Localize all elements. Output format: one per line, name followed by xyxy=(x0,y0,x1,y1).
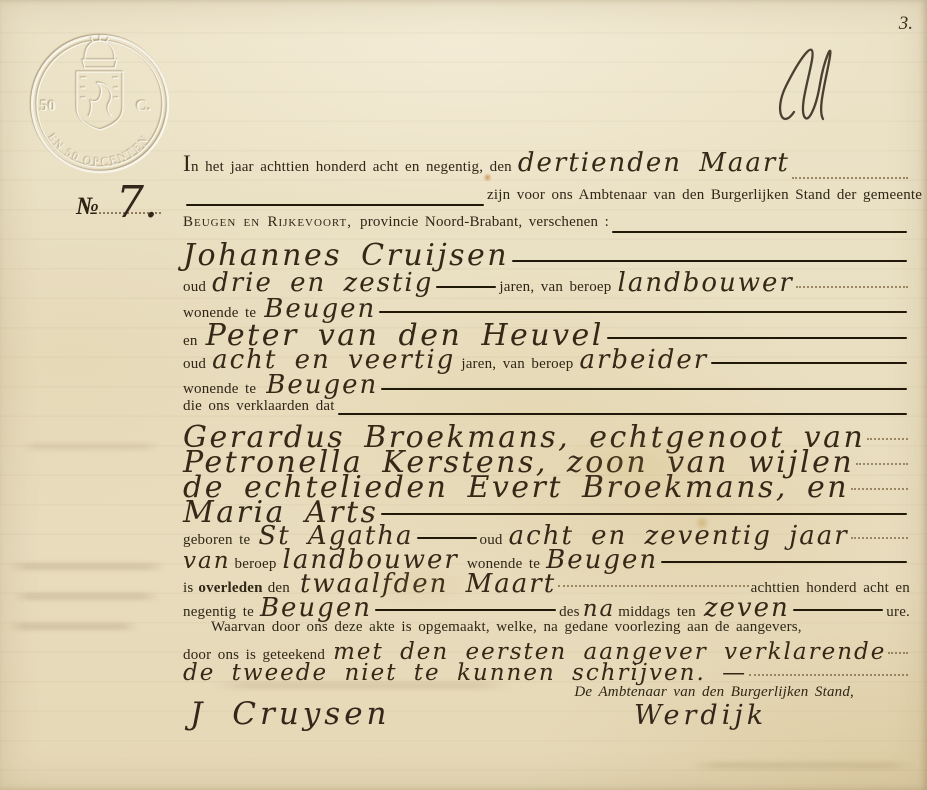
printed-text: Waarvan door ons deze akte is opgemaakt,… xyxy=(183,619,802,636)
printed-text: provincie Noord-Brabant, verschenen : xyxy=(360,214,609,231)
printed-text: geboren te xyxy=(183,532,250,549)
ink-rule xyxy=(661,561,907,563)
dotted-guide xyxy=(867,438,908,440)
signature-declarant: J Cruysen xyxy=(190,696,391,732)
ink-rule xyxy=(711,362,907,364)
ink-rule xyxy=(379,311,907,313)
ink-rule xyxy=(512,260,907,262)
line-closing-3: de tweede niet te kunnen schrijven. — xyxy=(183,662,910,684)
handwritten-deceased-residence: Beugen xyxy=(546,547,658,573)
handwritten-declarant1-occupation: landbouwer xyxy=(618,270,794,296)
line-closing-2: door ons is geteekend met den eersten aa… xyxy=(183,641,910,663)
show-through-ghost xyxy=(212,682,512,689)
handwritten-hour: zeven xyxy=(704,595,790,621)
ink-rule xyxy=(375,609,556,611)
printed-overleden: overleden xyxy=(198,580,262,597)
show-through-ghost xyxy=(690,762,915,769)
printed-text: wonende te xyxy=(183,381,256,398)
death-certificate-page: 50 C. EN 50 OPCENTEN 3. № 7. In het jaar… xyxy=(0,0,927,790)
printed-text: jaren, van beroep xyxy=(499,279,611,296)
dotted-guide xyxy=(749,674,908,676)
handwritten-declarant2-occupation: arbeider xyxy=(579,347,708,373)
registrar-paraph-mark xyxy=(766,20,866,125)
act-number: № 7. xyxy=(76,193,196,221)
ink-rule xyxy=(607,337,907,339)
handwritten-death-place: Beugen xyxy=(260,595,372,621)
act-number-value: 7. xyxy=(116,177,158,228)
handwritten-registration-date: dertienden Maart xyxy=(518,150,790,176)
signature-registrar: Werdijk xyxy=(634,700,767,731)
line-declarant1-name: Johannes Cruijsen xyxy=(183,241,910,270)
handwritten-declarant1-age: drie en zestig xyxy=(212,270,433,296)
seal-denomination-left: 50 xyxy=(40,98,56,115)
ink-rule xyxy=(436,286,496,288)
printed-text: die ons verklaarden dat xyxy=(183,398,335,415)
line-declarant2-name: en Peter van den Heuvel xyxy=(183,321,910,347)
dotted-guide xyxy=(851,537,908,539)
dotted-guide xyxy=(888,652,908,654)
show-through-ghost xyxy=(12,593,160,600)
printed-text: ure. xyxy=(886,604,910,621)
ink-rule xyxy=(417,537,477,539)
printed-text: oud xyxy=(183,356,206,373)
line-municipality: Beugen en Rijkevoort, provincie Noord-Br… xyxy=(183,214,910,241)
printed-text: oud xyxy=(183,279,206,296)
printed-text: In het jaar achttien honderd acht en neg… xyxy=(183,151,512,178)
printed-text: is xyxy=(183,580,193,597)
printed-text: beroep xyxy=(235,556,277,573)
line-declarant1-age: oud drie en zestig jaren, van beroep lan… xyxy=(183,270,910,296)
dotted-guide xyxy=(796,286,908,288)
act-body: In het jaar achttien honderd acht en neg… xyxy=(183,150,910,704)
ink-rule xyxy=(381,388,907,390)
handwritten-declarant2-residence: Beugen xyxy=(266,372,378,398)
printed-text: zijn voor ons Ambtenaar van den Burgerli… xyxy=(487,187,922,204)
dotted-guide xyxy=(792,177,908,179)
ink-rule xyxy=(186,204,484,206)
seal-arc-text: EN 50 OPCENTEN xyxy=(46,132,153,169)
handwritten-van: van xyxy=(183,550,231,573)
seal-denomination-right: C. xyxy=(136,98,152,115)
line-intro-continued: zijn voor ons Ambtenaar van den Burgerli… xyxy=(183,187,910,214)
handwritten-declarant1-name: Johannes Cruijsen xyxy=(183,241,509,271)
line-birthplace-age: geboren te St Agatha oud acht en zeventi… xyxy=(183,523,910,547)
printed-text: oud xyxy=(480,532,503,549)
ink-rule xyxy=(612,231,907,233)
handwritten-na: na xyxy=(583,598,616,621)
show-through-ghost xyxy=(8,563,166,570)
dotted-guide xyxy=(558,585,749,587)
lion-shield-icon xyxy=(77,72,123,130)
ink-rule xyxy=(338,413,907,415)
line-intro-date: In het jaar achttien honderd acht en neg… xyxy=(183,150,910,187)
show-through-ghost xyxy=(8,623,138,630)
dotted-guide xyxy=(856,463,908,465)
ink-rule xyxy=(381,513,907,515)
printed-text: en xyxy=(183,333,198,350)
line-closing-1: Waarvan door ons deze akte is opgemaakt,… xyxy=(183,619,910,641)
embossed-revenue-seal: 50 C. EN 50 OPCENTEN xyxy=(14,12,186,194)
crown-icon xyxy=(83,36,117,68)
show-through-ghost xyxy=(20,443,160,450)
dotted-guide xyxy=(851,488,908,490)
handwritten-declarant2-age: acht en veertig xyxy=(212,347,455,373)
line-declarant2-residence: wonende te Beugen xyxy=(183,372,910,398)
page-number: 3. xyxy=(899,13,913,35)
printed-text: jaren, van beroep xyxy=(461,356,573,373)
numero-sign: № xyxy=(76,193,99,220)
printed-municipality: Beugen en Rijkevoort, xyxy=(183,214,352,231)
printed-official-title: De Ambtenaar van den Burgerlijken Stand, xyxy=(574,684,854,701)
ink-rule xyxy=(793,609,884,611)
